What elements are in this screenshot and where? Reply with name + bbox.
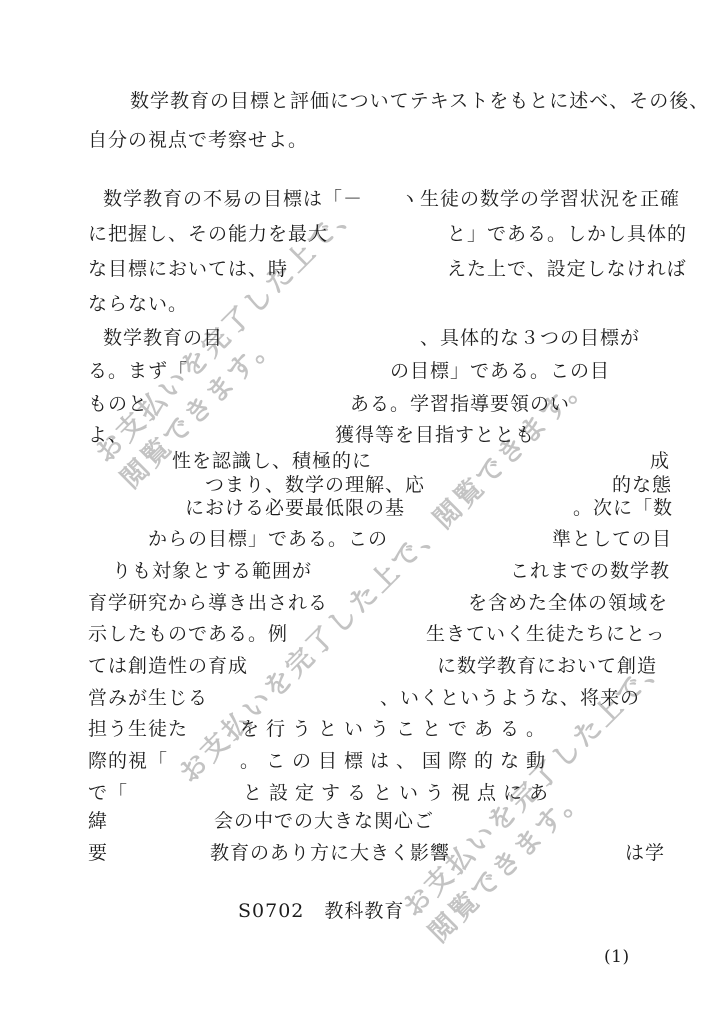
text-fragment: で「 xyxy=(88,780,128,806)
text-fragment: 。次に「数 xyxy=(573,495,673,521)
text-fragment: 際的視「 xyxy=(88,748,168,774)
prompt-line-1: 数学教育の目標と評価についてテキストをもとに述べ、その後、 xyxy=(130,88,709,114)
text-fragment: の目標」である。この目 xyxy=(390,358,610,384)
text-fragment: 準としての目 xyxy=(552,526,672,552)
document-page: お支払いを完了した上で、閲覧できます。お支払いを完了した上で、閲覧できます。お支… xyxy=(0,0,724,1024)
text-fragment: えた上で、設定しなければ xyxy=(447,256,687,282)
text-fragment: ならない。 xyxy=(88,291,188,317)
text-fragment: に数学教育において創造 xyxy=(437,653,657,679)
text-fragment: ある。学習指導要領のい xyxy=(350,391,570,417)
text-fragment: を含めた全体の領域を xyxy=(468,590,668,616)
text-fragment: を行うということである。 xyxy=(240,716,552,742)
text-fragment: は学 xyxy=(625,840,665,866)
text-fragment: 担う生徒た xyxy=(88,716,188,742)
course-code: S0702 教科教育 xyxy=(238,898,404,924)
document-text: 数学教育の目標と評価についてテキストをもとに述べ、その後、自分の視点で考察せよ。… xyxy=(0,0,724,1024)
text-fragment: 性を認識し、積極的に xyxy=(172,448,372,474)
text-fragment: における必要最低限の基 xyxy=(185,495,405,521)
text-fragment: ては創造性の育成 xyxy=(88,653,248,679)
text-fragment: に把握し、その能力を最大 xyxy=(88,221,328,247)
text-fragment: 数学教育の不易の目標は「－ xyxy=(103,186,363,212)
text-fragment: 成 xyxy=(650,448,670,474)
text-fragment: る。まず「 xyxy=(88,358,188,384)
text-fragment: と」である。しかし具体的 xyxy=(447,221,687,247)
text-fragment: ヽ生徒の数学の学習状況を正確 xyxy=(400,186,680,212)
text-fragment: 、具体的な３つの目標が xyxy=(420,325,640,351)
text-fragment: ものと xyxy=(88,391,148,417)
text-fragment: 要 xyxy=(88,840,108,866)
text-fragment: 会の中での大きな関心ご xyxy=(214,808,434,834)
text-fragment: 数学教育の目 xyxy=(103,325,223,351)
prompt-line-2: 自分の視点で考察せよ。 xyxy=(88,127,308,153)
text-fragment: りも対象とする範囲が xyxy=(112,558,312,584)
text-fragment: 教育のあり方に大きく影響 xyxy=(210,840,450,866)
text-fragment: よ、 xyxy=(88,422,128,448)
text-fragment: 緯 xyxy=(88,808,108,834)
text-fragment: 育学研究から導き出される xyxy=(88,590,328,616)
text-fragment: 獲得等を目指すととも xyxy=(335,422,535,448)
text-fragment: これまでの数学教 xyxy=(510,558,670,584)
text-fragment: 示したものである。例 xyxy=(88,621,288,647)
text-fragment: 営みが生じる xyxy=(88,685,208,711)
text-fragment: 。この目標は、国際的な動 xyxy=(240,748,552,774)
text-fragment: な目標においては、時 xyxy=(88,256,288,282)
text-fragment: 、いくというような、将来の xyxy=(380,685,640,711)
page-number: (1) xyxy=(604,944,630,970)
text-fragment: 生きていく生徒たちにとっ xyxy=(426,621,666,647)
text-fragment: からの目標」である。この xyxy=(148,526,388,552)
text-fragment: と設定するという視点にあ xyxy=(243,780,555,806)
